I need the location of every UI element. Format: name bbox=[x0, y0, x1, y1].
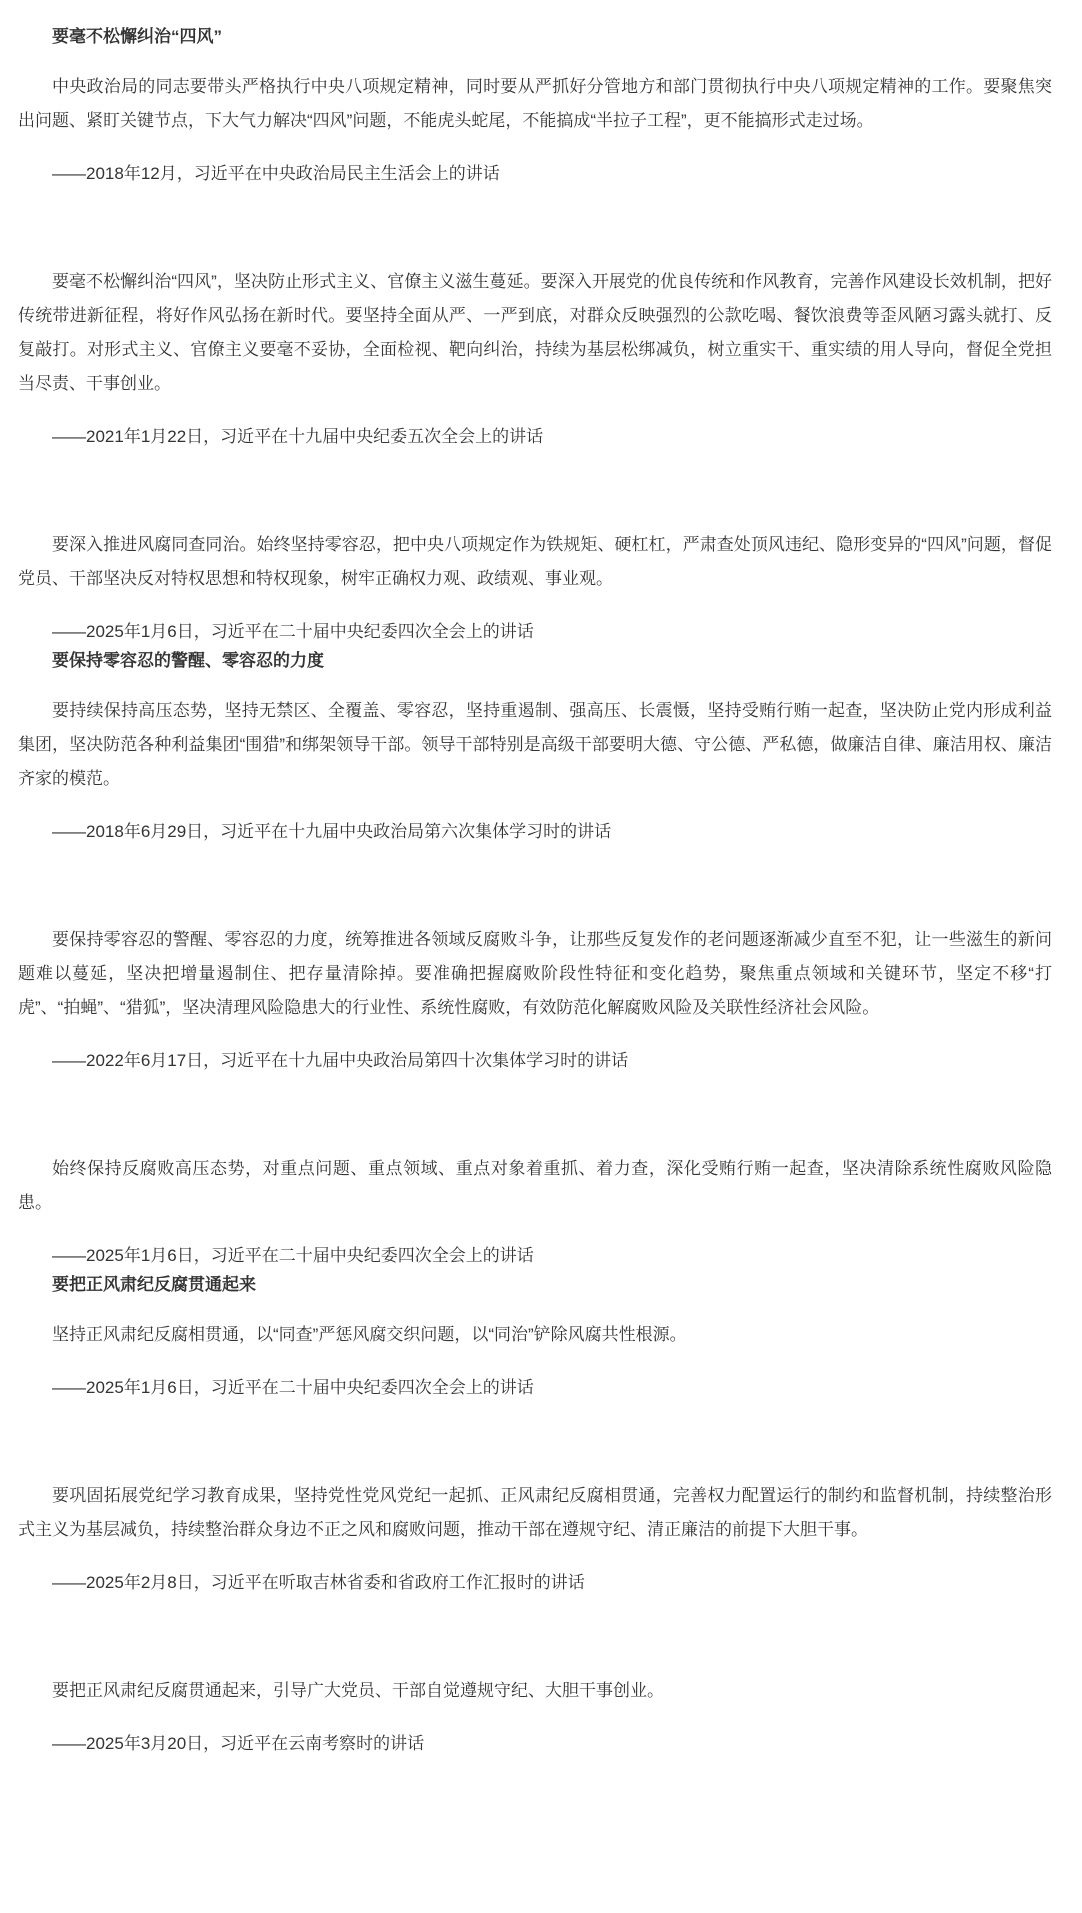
quote-block: 坚持正风肃纪反腐相贯通，以“同查”严惩风腐交织问题，以“同治”铲除风腐共性根源。… bbox=[18, 1318, 1052, 1405]
quote-block: 要深入推进风腐同查同治。始终坚持零容忍，把中央八项规定作为铁规矩、硬杠杠，严肃查… bbox=[18, 528, 1052, 649]
quote-attribution: ——2021年1月22日，习近平在十九届中央纪委五次全会上的讲话 bbox=[18, 420, 1052, 454]
section-heading: 要把正风肃纪反腐贯通起来 bbox=[18, 1268, 1052, 1302]
section-heading: 要毫不松懈纠治“四风” bbox=[18, 20, 1052, 54]
section-zero-tolerance: 要保持零容忍的警醒、零容忍的力度 要持续保持高压态势，坚持无禁区、全覆盖、零容忍… bbox=[18, 644, 1052, 1273]
quote-block: 要巩固拓展党纪学习教育成果，坚持党性党风党纪一起抓、正风肃纪反腐相贯通，完善权力… bbox=[18, 1479, 1052, 1600]
quote-block: 要持续保持高压态势，坚持无禁区、全覆盖、零容忍，坚持重遏制、强高压、长震慑，坚持… bbox=[18, 694, 1052, 849]
quote-attribution: ——2018年12月，习近平在中央政治局民主生活会上的讲话 bbox=[18, 157, 1052, 191]
quote-attribution: ——2025年1月6日，习近平在二十届中央纪委四次全会上的讲话 bbox=[18, 1371, 1052, 1405]
quote-attribution: ——2025年2月8日，习近平在听取吉林省委和省政府工作汇报时的讲话 bbox=[18, 1566, 1052, 1600]
article-body: 要毫不松懈纠治“四风” 中央政治局的同志要带头严格执行中央八项规定精神，同时要从… bbox=[0, 0, 1082, 1913]
quote-paragraph: 要把正风肃纪反腐贯通起来，引导广大党员、干部自觉遵规守纪、大胆干事创业。 bbox=[18, 1674, 1052, 1708]
quote-paragraph: 要保持零容忍的警醒、零容忍的力度，统筹推进各领域反腐败斗争，让那些反复发作的老问… bbox=[18, 923, 1052, 1025]
section-correcting-four-forms: 要毫不松懈纠治“四风” 中央政治局的同志要带头严格执行中央八项规定精神，同时要从… bbox=[18, 20, 1052, 649]
quote-block: 始终保持反腐败高压态势，对重点问题、重点领域、重点对象着重抓、着力查，深化受贿行… bbox=[18, 1152, 1052, 1273]
quote-paragraph: 始终保持反腐败高压态势，对重点问题、重点领域、重点对象着重抓、着力查，深化受贿行… bbox=[18, 1152, 1052, 1220]
quote-paragraph: 要深入推进风腐同查同治。始终坚持零容忍，把中央八项规定作为铁规矩、硬杠杠，严肃查… bbox=[18, 528, 1052, 596]
quote-block: 要把正风肃纪反腐贯通起来，引导广大党员、干部自觉遵规守纪、大胆干事创业。 ——2… bbox=[18, 1674, 1052, 1761]
quote-paragraph: 要毫不松懈纠治“四风”，坚决防止形式主义、官僚主义滋生蔓延。要深入开展党的优良传… bbox=[18, 265, 1052, 401]
quote-paragraph: 坚持正风肃纪反腐相贯通，以“同查”严惩风腐交织问题，以“同治”铲除风腐共性根源。 bbox=[18, 1318, 1052, 1352]
quote-attribution: ——2022年6月17日，习近平在十九届中央政治局第四十次集体学习时的讲话 bbox=[18, 1044, 1052, 1078]
section-heading: 要保持零容忍的警醒、零容忍的力度 bbox=[18, 644, 1052, 678]
quote-block: 要保持零容忍的警醒、零容忍的力度，统筹推进各领域反腐败斗争，让那些反复发作的老问… bbox=[18, 923, 1052, 1078]
quote-block: 要毫不松懈纠治“四风”，坚决防止形式主义、官僚主义滋生蔓延。要深入开展党的优良传… bbox=[18, 265, 1052, 454]
quote-paragraph: 要持续保持高压态势，坚持无禁区、全覆盖、零容忍，坚持重遏制、强高压、长震慑，坚持… bbox=[18, 694, 1052, 796]
quote-block: 中央政治局的同志要带头严格执行中央八项规定精神，同时要从严抓好分管地方和部门贯彻… bbox=[18, 70, 1052, 191]
section-integrate-discipline-anticorruption: 要把正风肃纪反腐贯通起来 坚持正风肃纪反腐相贯通，以“同查”严惩风腐交织问题，以… bbox=[18, 1268, 1052, 1761]
quote-attribution: ——2025年3月20日，习近平在云南考察时的讲话 bbox=[18, 1727, 1052, 1761]
quote-paragraph: 中央政治局的同志要带头严格执行中央八项规定精神，同时要从严抓好分管地方和部门贯彻… bbox=[18, 70, 1052, 138]
quote-attribution: ——2018年6月29日，习近平在十九届中央政治局第六次集体学习时的讲话 bbox=[18, 815, 1052, 849]
quote-paragraph: 要巩固拓展党纪学习教育成果，坚持党性党风党纪一起抓、正风肃纪反腐相贯通，完善权力… bbox=[18, 1479, 1052, 1547]
